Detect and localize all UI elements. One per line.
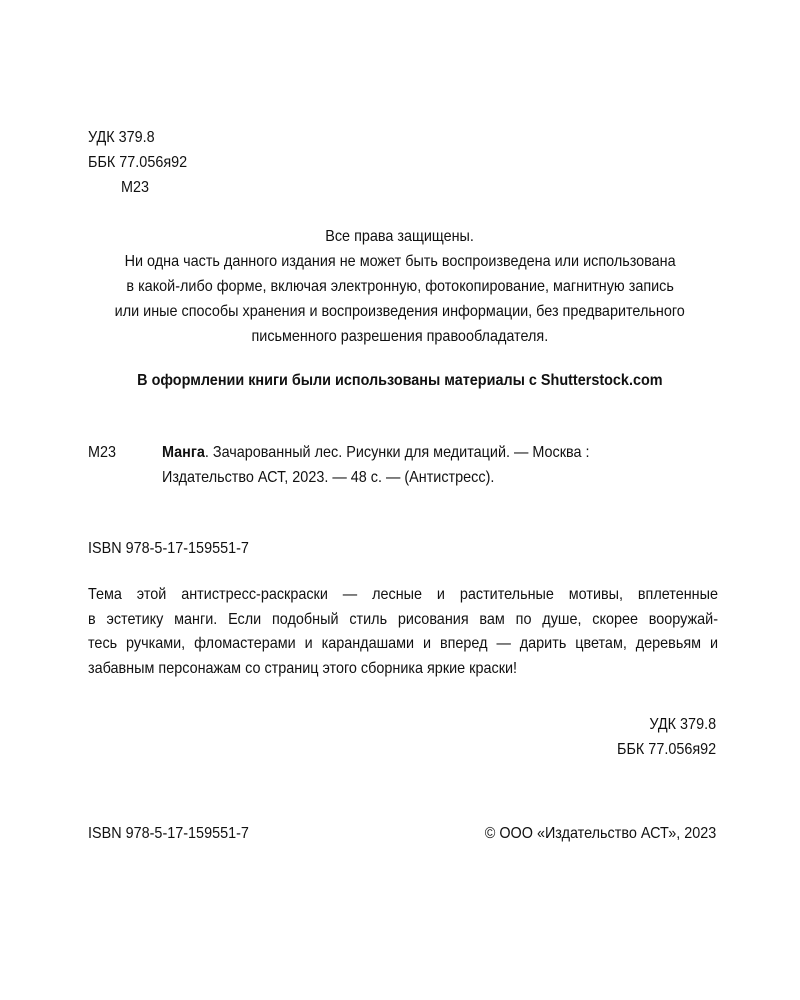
footer-bbk-code: ББК 77.056я92: [606, 738, 716, 762]
udk-code: УДК 379.8: [88, 126, 162, 150]
notice-line-text: в какой-либо форме, включая электронную,…: [126, 275, 673, 299]
rights-reserved-title: Все права защищены.: [40, 225, 760, 249]
rights-reserved-text: Все права защищены.: [326, 225, 475, 249]
notice-line-text: или иные способы хранения и воспроизведе…: [115, 300, 685, 324]
notice-line-4: письменного разрешения правообладателя.: [40, 325, 760, 349]
bib-mark: М23: [88, 441, 119, 465]
annotation-line-4: забавным персонажам со страниц этого сбо…: [88, 657, 718, 682]
notice-line-3: или иные способы хранения и воспроизведе…: [40, 300, 760, 324]
bib-line-2-text: Издательство АСТ, 2023. — 48 с. — (Антис…: [162, 466, 494, 490]
notice-line-text: Ни одна часть данного издания не может б…: [124, 250, 675, 274]
annotation-line-3: тесь ручками, фломастерами и карандашами…: [88, 632, 718, 657]
materials-credit-text: В оформлении книги были использованы мат…: [137, 369, 662, 393]
bbk-code: ББК 77.056я92: [88, 151, 198, 175]
annotation-line-text: тесь ручками, фломастерами и карандашами…: [88, 632, 718, 657]
annotation-line-1: Тема этой антистресс-раскраски — лесные …: [88, 583, 718, 608]
bib-line-1-rest: . Зачарованный лес. Рисунки для медитаци…: [205, 444, 590, 461]
annotation-line-2: в эстетику манги. Если подобный стиль ри…: [88, 608, 718, 633]
annotation-paragraph: Тема этой антистресс-раскраски — лесные …: [88, 583, 718, 681]
bib-title: Манга: [162, 444, 205, 461]
footer-udk-code: УДК 379.8: [642, 713, 716, 737]
materials-credit: В оформлении книги были использованы мат…: [40, 369, 760, 393]
annotation-line-text: в эстетику манги. Если подобный стиль ри…: [88, 608, 718, 633]
bbk-code-text: ББК 77.056я92: [88, 151, 187, 175]
footer-isbn: ISBN 978-5-17-159551-7: [88, 822, 267, 846]
footer-copyright-text: © ООО «Издательство АСТ», 2023: [484, 822, 716, 846]
bib-line-1-text: Манга. Зачарованный лес. Рисунки для мед…: [162, 441, 590, 465]
notice-line-text: письменного разрешения правообладателя.: [252, 325, 549, 349]
footer-copyright: © ООО «Издательство АСТ», 2023: [459, 822, 716, 846]
author-mark-text: М23: [121, 176, 149, 200]
notice-line-2: в какой-либо форме, включая электронную,…: [40, 275, 760, 299]
bib-mark-text: М23: [88, 441, 116, 465]
author-mark: М23: [121, 176, 152, 200]
bib-line-2: Издательство АСТ, 2023. — 48 с. — (Антис…: [162, 466, 531, 490]
annotation-line-text: забавным персонажам со страниц этого сбо…: [88, 657, 718, 682]
annotation-line-text: Тема этой антистресс-раскраски — лесные …: [88, 583, 718, 608]
footer-bbk-text: ББК 77.056я92: [617, 738, 716, 762]
footer-udk-text: УДК 379.8: [649, 713, 716, 737]
isbn-top-text: ISBN 978-5-17-159551-7: [88, 537, 249, 561]
bib-line-1: Манга. Зачарованный лес. Рисунки для мед…: [162, 441, 637, 465]
isbn-top: ISBN 978-5-17-159551-7: [88, 537, 267, 561]
notice-line-1: Ни одна часть данного издания не может б…: [40, 250, 760, 274]
imprint-page: УДК 379.8 ББК 77.056я92 М23 Все права за…: [0, 0, 800, 1000]
udk-code-text: УДК 379.8: [88, 126, 155, 150]
footer-isbn-text: ISBN 978-5-17-159551-7: [88, 822, 249, 846]
